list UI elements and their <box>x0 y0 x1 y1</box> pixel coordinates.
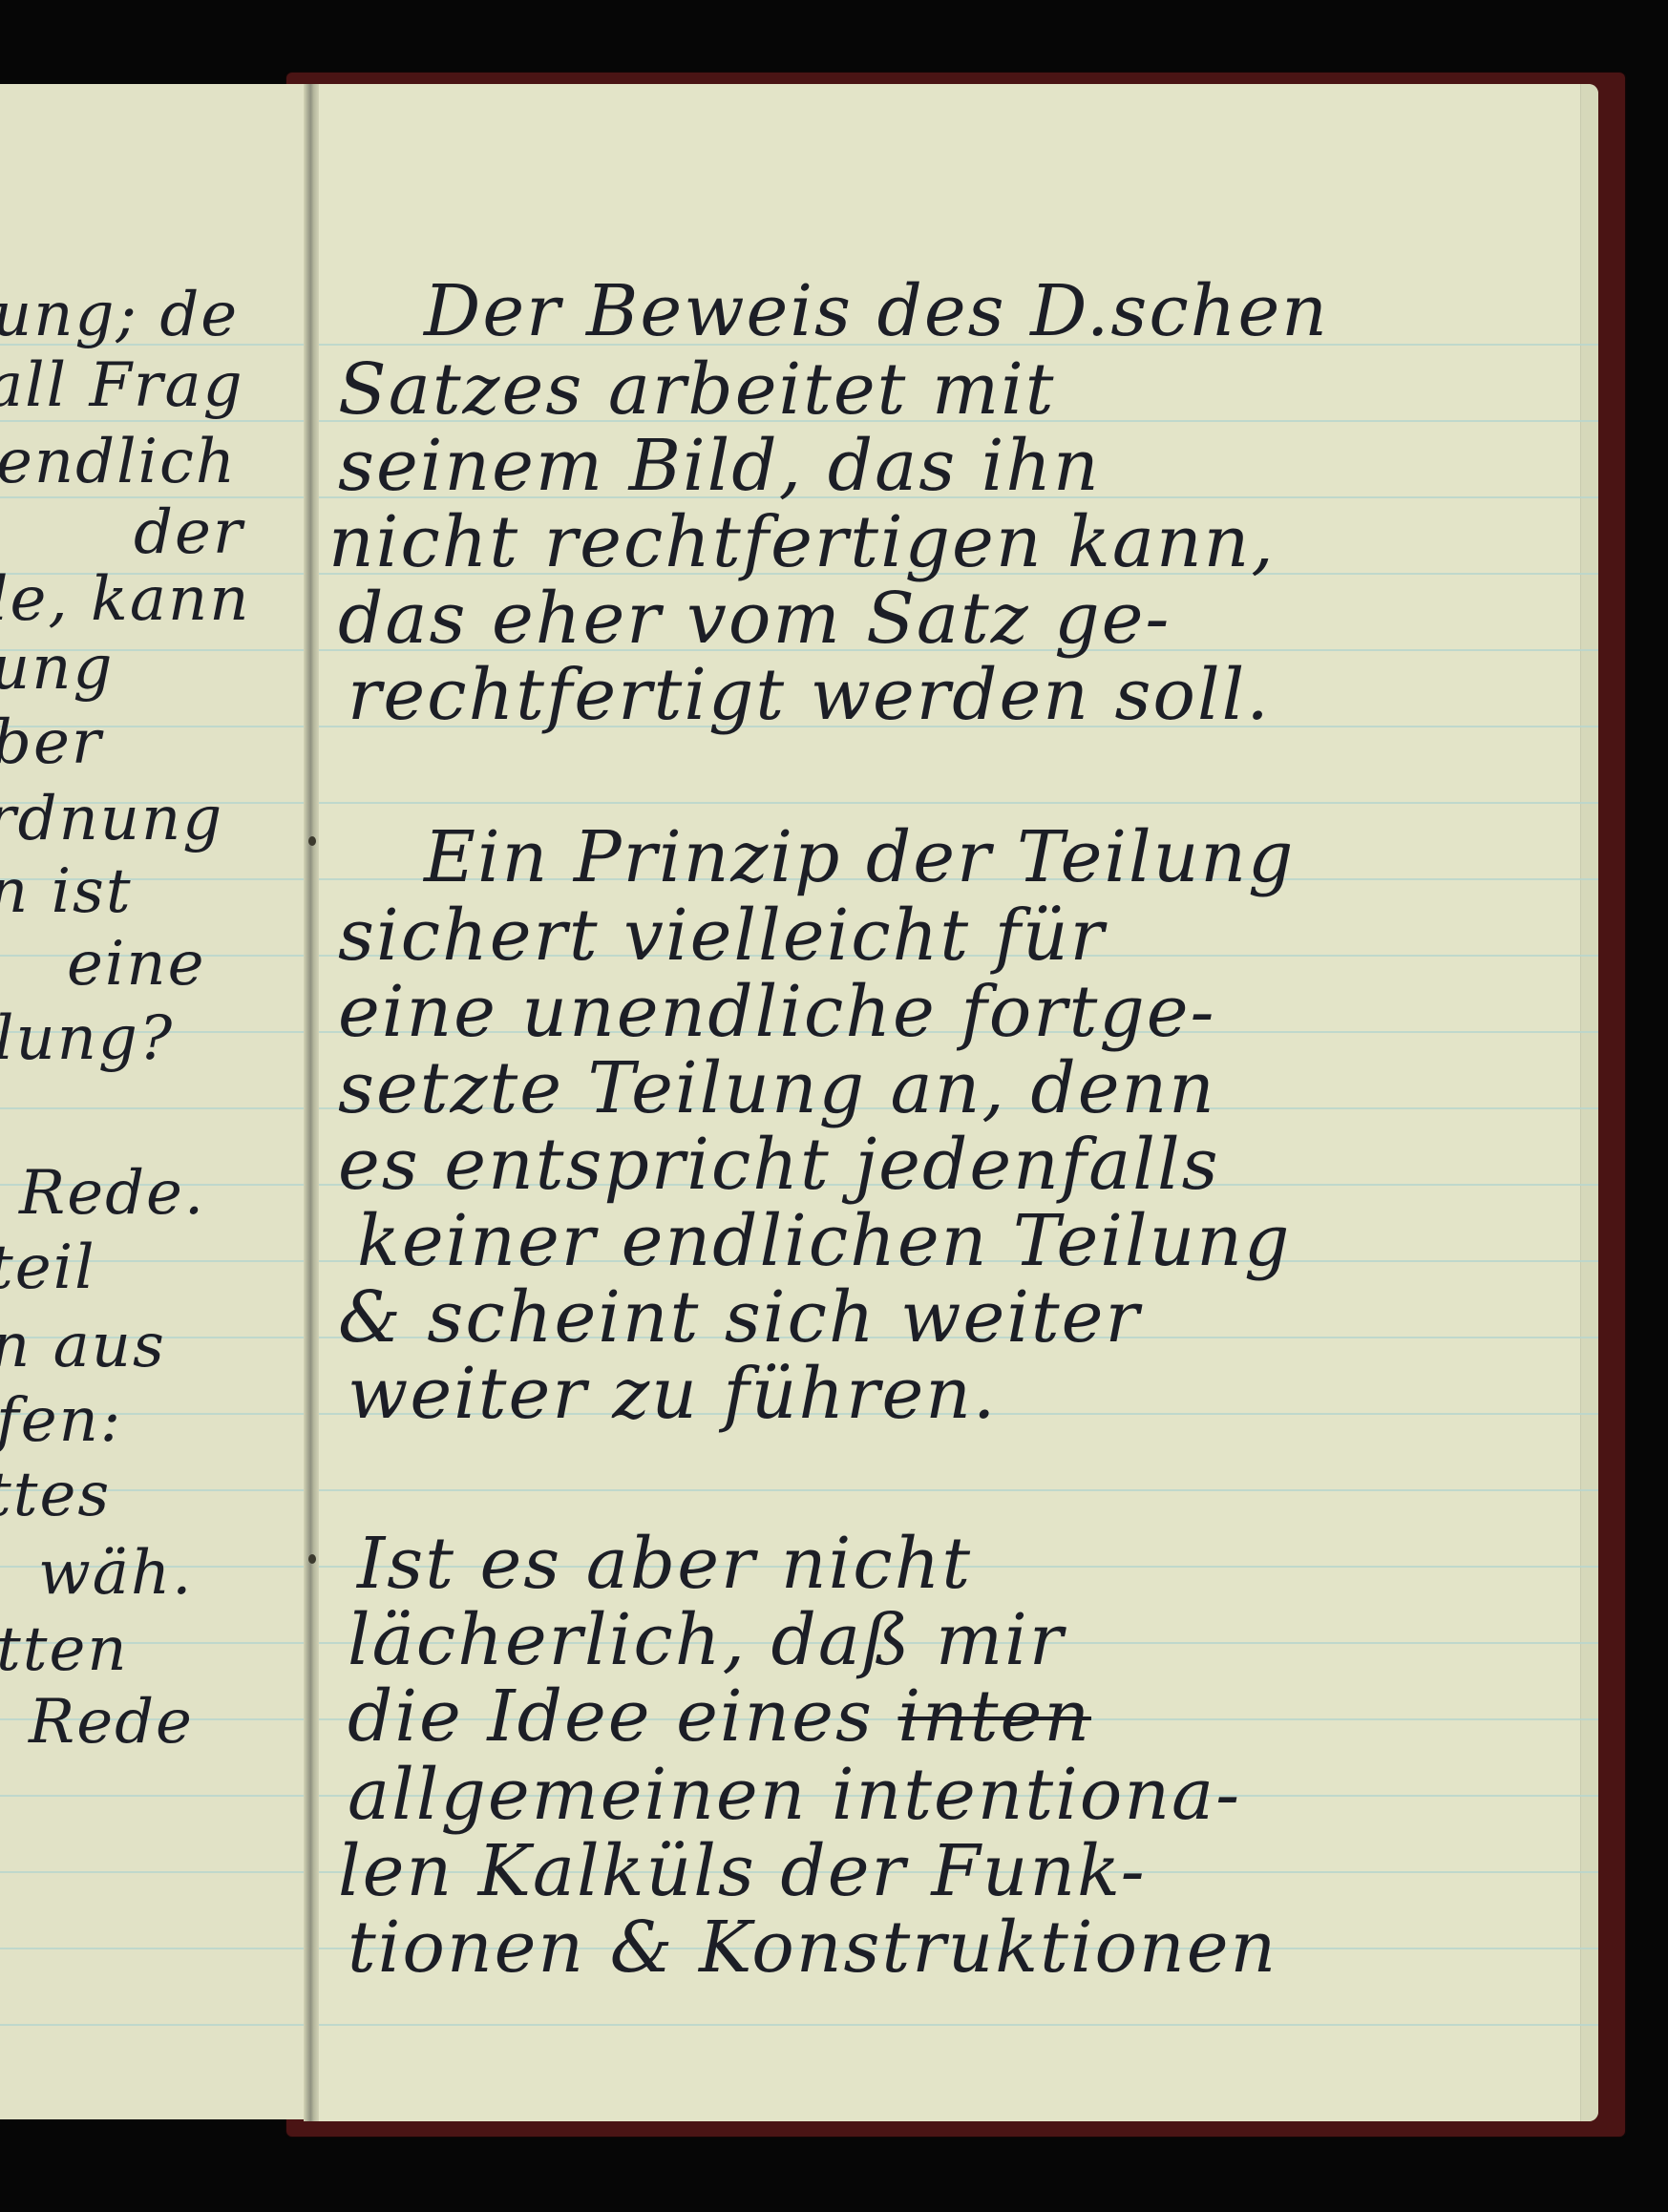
handwritten-line: ung <box>0 630 114 706</box>
handwritten-text: die Idee eines <box>348 1675 874 1758</box>
handwritten-line: Rede. <box>19 1155 205 1232</box>
handwritten-line: le, kann <box>0 561 250 638</box>
handwritten-line: die Idee eines inten <box>348 1678 1091 1755</box>
handwritten-line: n aus <box>0 1308 166 1384</box>
handwritten-line: tionen & Konstruktionen <box>348 1909 1277 1986</box>
handwritten-line: endlich <box>0 424 237 500</box>
handwritten-line: wäh. <box>38 1535 194 1612</box>
page-stack-edge <box>1580 84 1598 2121</box>
handwritten-line: len Kalküls der Funk- <box>338 1833 1147 1909</box>
handwritten-line: Satzes arbeitet mit <box>338 351 1056 428</box>
handwritten-line: Rede <box>29 1684 194 1760</box>
handwritten-line: keiner endlichen Teilung <box>357 1203 1291 1279</box>
ruled-line <box>0 1948 309 1949</box>
handwritten-line: nicht rechtfertigen kann, <box>328 504 1276 580</box>
handwritten-line: der <box>134 495 243 571</box>
ruled-line <box>0 1871 309 1873</box>
left-page: ung; de all Frag endlich der le, kann un… <box>0 84 309 2119</box>
handwritten-line: fen: <box>0 1382 122 1459</box>
binding-stitch <box>308 1554 316 1564</box>
handwritten-line: tten <box>0 1612 129 1688</box>
handwritten-line: sichert vielleicht für <box>338 897 1106 974</box>
ruled-line <box>0 2024 309 2026</box>
struck-word: inten <box>897 1675 1091 1758</box>
handwritten-line: Ein Prinzip der Teilung <box>424 819 1295 895</box>
handwritten-line: allgemeinen intentiona- <box>348 1757 1241 1833</box>
handwritten-line: eine unendliche fortge- <box>338 974 1216 1050</box>
handwritten-line: ung; de <box>0 277 239 353</box>
handwritten-line: es entspricht jedenfalls <box>338 1127 1220 1203</box>
ruled-line <box>319 1489 1598 1491</box>
handwritten-line: ber <box>0 705 102 781</box>
handwritten-line: n ist <box>0 853 133 930</box>
ruled-line <box>0 1107 309 1109</box>
handwritten-line: rdnung <box>0 781 223 857</box>
handwritten-line: das eher vom Satz ge- <box>338 580 1171 657</box>
ruled-line <box>0 1795 309 1797</box>
handwritten-line: weiter zu führen. <box>348 1356 997 1432</box>
handwritten-line: teil <box>0 1230 96 1306</box>
right-page: Der Beweis des D.schen Satzes arbeitet m… <box>319 84 1598 2121</box>
handwritten-line: seinem Bild, das ihn <box>338 428 1101 504</box>
handwritten-line: lächerlich, daß mir <box>348 1602 1065 1678</box>
handwritten-line: ttes <box>0 1457 111 1533</box>
ruled-line <box>319 802 1598 804</box>
handwritten-line: & scheint sich weiter <box>338 1279 1141 1356</box>
binding-stitch <box>308 836 316 846</box>
handwritten-line: lung? <box>0 1001 174 1077</box>
handwritten-line: rechtfertigt werden soll. <box>348 657 1271 733</box>
handwritten-line: eine <box>67 926 205 1002</box>
handwritten-line: Ist es aber nicht <box>357 1526 972 1602</box>
handwritten-line: setzte Teilung an, denn <box>338 1050 1216 1127</box>
handwritten-line: Der Beweis des D.schen <box>424 273 1329 349</box>
ruled-line <box>319 2024 1598 2026</box>
handwritten-line: all Frag <box>0 348 244 424</box>
